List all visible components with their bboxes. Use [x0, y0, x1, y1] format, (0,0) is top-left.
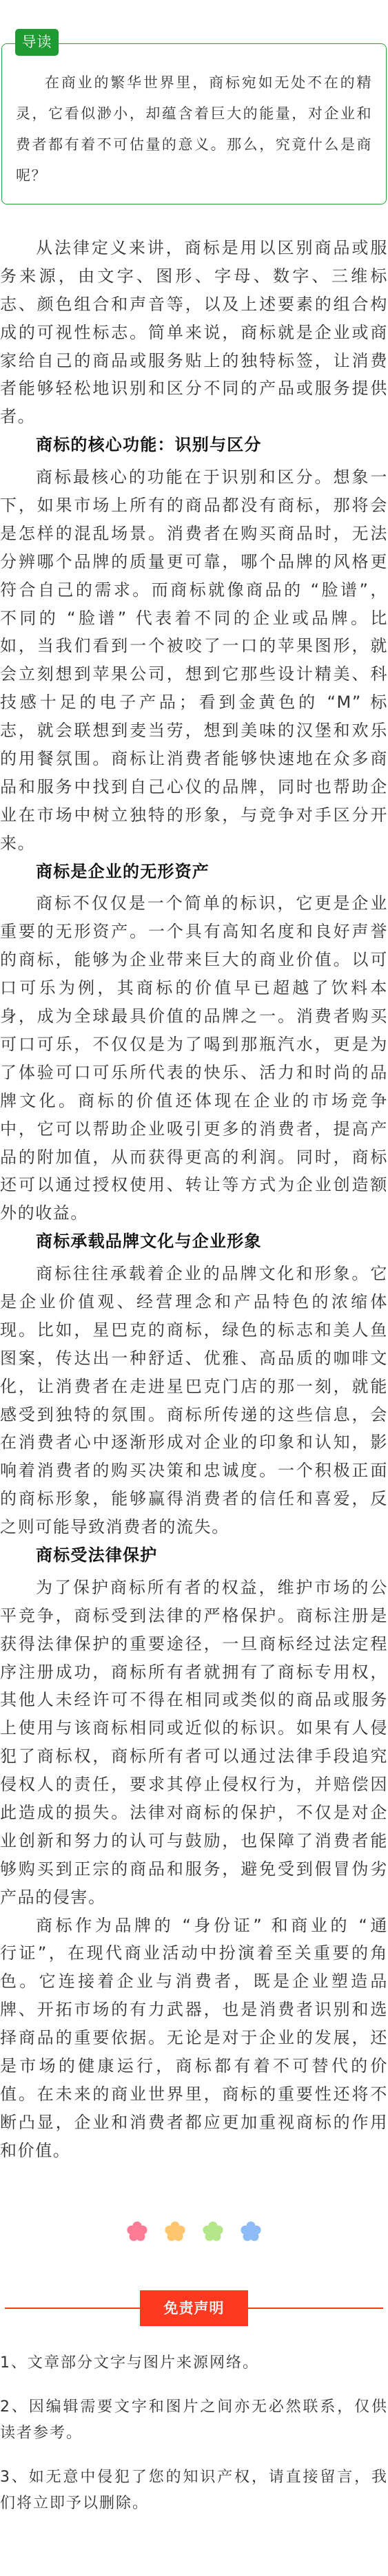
text-line: 身，成为全球最具价值的品牌之一。消费者购买: [0, 1002, 388, 1031]
text-line: 和价值。: [0, 2137, 388, 2165]
text-line: 商标不仅仅是一个简单的标识，它更是企业: [0, 889, 388, 918]
text-line: 上使用与该商标相同或近似的标识。如果有人侵: [0, 1714, 388, 1742]
text-line: 可口可乐，不仅仅是为了喝到那瓶汽水，更是为: [0, 1031, 388, 1059]
text-line: 家给自己的商品或服务贴上的独特标签，让消费: [0, 347, 388, 375]
text-line: 的用餐氛围。商标让消费者能够快速地在众多商: [0, 745, 388, 773]
disclaimer-item: 1、文章部分文字与图片来源网络。: [0, 2350, 388, 2376]
text-line: 断凸显，企业和消费者都应更加重视商标的作用: [0, 2109, 388, 2137]
text-line: 色。它连接着企业与消费者，既是企业塑造品: [0, 1967, 388, 1996]
text-line: 序注册成功，商标所有者就拥有了商标专用权，: [0, 1658, 388, 1687]
paragraph-intangible-asset: 商标不仅仅是一个简单的标识，它更是企业 重要的无形资产。一个具有高知名度和良好声…: [0, 889, 388, 1227]
text-line: 3、如无意中侵犯了您的知识产权，请直接留言，我: [0, 2464, 388, 2491]
paragraph-core-function: 商标最核心的功能在于识别和区分。想象一 下，如果市场上所有的商品都没有商标，那将…: [0, 463, 388, 857]
section-heading-legal-protection: 商标受法律保护: [0, 1541, 388, 1570]
text-line: 是企业价值观、经营理念和产品特色的浓缩体: [0, 1288, 388, 1316]
text-line: 是市场的健康运行，商标都有着不可替代的价: [0, 2052, 388, 2080]
intro-line: 呢？: [16, 160, 372, 191]
intro-badge: 导读: [15, 29, 59, 56]
text-line: 者能够轻松地识别和区分不同的产品或服务提供: [0, 374, 388, 403]
text-line: 商标作为品牌的 “身份证” 和商业的 “通: [0, 1912, 388, 1940]
text-line: 响着消费者的购买决策和忠诚度。一个积极正面: [0, 1457, 388, 1485]
paragraph-legal-protection: 为了保护商标所有者的权益，维护市场的公 平竞争，商标受到法律的严格保护。商标注册…: [0, 1574, 388, 1912]
text-line: 了体验可口可乐所代表的快乐、活力和时尚的品: [0, 1059, 388, 1087]
text-line: 此造成的损失。法律对商标的保护，不仅是对企: [0, 1799, 388, 1827]
text-line: 商标往往承载着企业的品牌文化和形象。它: [0, 1260, 388, 1288]
text-line: 值。在未来的商业世界里，商标的重要性还将不: [0, 2080, 388, 2109]
text-line: 的商标，能够为企业带来巨大的商业价值。以可: [0, 946, 388, 974]
text-line: 不同的 “脸谱” 代表着不同的企业或品牌。比: [0, 604, 388, 633]
text-line: 牌、开拓市场的有力武器，也是消费者识别和选: [0, 1996, 388, 2024]
text-line: 犯了商标权，商标所有者可以通过法律手段追究: [0, 1742, 388, 1771]
text-line: 图案，传达出一种舒适、优雅、高品质的咖啡文: [0, 1344, 388, 1373]
text-line: 是怎样的混乱场景。消费者在购买商品时，无法: [0, 520, 388, 548]
disclaimer-item: 3、如无意中侵犯了您的知识产权，请直接留言，我 们将立即予以删除。: [0, 2464, 388, 2517]
text-line: 在消费者心中逐渐形成对企业的印象和认知，影: [0, 1428, 388, 1457]
paragraph-legal-definition: 从法律定义来讲，商标是用以区别商品或服 务来源，由文字、图形、字母、数字、三维标…: [0, 234, 388, 431]
orange-flower-icon: [164, 2221, 186, 2243]
intro-line: 在商业的繁华世界里，商标宛如无处不在的精: [16, 67, 372, 98]
paragraph-brand-culture: 商标往往承载着企业的品牌文化和形象。它 是企业价值观、经营理念和产品特色的浓缩体…: [0, 1260, 388, 1541]
text-line: 志、颜色组合和声音等，以及上述要素的组合构: [0, 291, 388, 319]
text-line: 为了保护商标所有者的权益，维护市场的公: [0, 1574, 388, 1602]
paragraph-conclusion: 商标作为品牌的 “身份证” 和商业的 “通 行证”，在现代商业活动中扮演着至关重…: [0, 1912, 388, 2165]
disclaimer-title: 免责声明: [140, 2290, 248, 2326]
text-line: 品的附加值，从而获得更高的利润。同时，商标: [0, 1143, 388, 1172]
text-line: 口可乐为例，其商标的价值早已超越了饮料本: [0, 974, 388, 1002]
flower-divider: [0, 2221, 388, 2243]
text-line: 外的收益。: [0, 1199, 388, 1227]
green-flower-icon: [202, 2221, 224, 2243]
text-line: 获得法律保护的重要途径，一旦商标经过法定程: [0, 1630, 388, 1658]
text-line: 业在市场中树立独特的形象，与竞争对手区分开: [0, 801, 388, 830]
text-line: 务来源，由文字、图形、字母、数字、三维标: [0, 262, 388, 291]
article-body: 从法律定义来讲，商标是用以区别商品或服 务来源，由文字、图形、字母、数字、三维标…: [0, 234, 388, 2165]
intro-box: 在商业的繁华世界里，商标宛如无处不在的精 灵，它看似渺小，却蕴含着巨大的能量，对…: [1, 43, 387, 204]
section-heading-intangible-asset: 商标是企业的无形资产: [0, 858, 388, 886]
disclaimer-section: 免责声明 1、文章部分文字与图片来源网络。 2、因编辑需要文字和图片之间亦无必然…: [0, 2290, 388, 2576]
text-line: 2、因编辑需要文字和图片之间亦无必然联系，仅供: [0, 2394, 388, 2420]
text-line: 够购买到正宗的商品和服务，避免受到假冒伪劣: [0, 1855, 388, 1883]
text-line: 读者参考。: [0, 2420, 388, 2447]
intro-section: 导读 在商业的繁华世界里，商标宛如无处不在的精 灵，它看似渺小，却蕴含着巨大的能…: [0, 0, 388, 204]
text-line: 产品的侵害。: [0, 1883, 388, 1912]
section-heading-core-function: 商标的核心功能：识别与区分: [0, 431, 388, 459]
text-line: 1、文章部分文字与图片来源网络。: [0, 2350, 388, 2376]
text-line: 符合自己的需求。而商标就像商品的 “脸谱”，: [0, 576, 388, 604]
intro-line: 费者都有着不可估量的意义。那么，究竟什么是商标: [16, 129, 372, 160]
text-line: 来。: [0, 830, 388, 858]
text-line: 择商品的重要依据。无论是对于企业的发展，还: [0, 2024, 388, 2052]
text-line: 现。比如，星巴克的商标，绿色的标志和美人鱼: [0, 1316, 388, 1344]
text-line: 技感十足的电子产品；看到金黄色的 “M” 标: [0, 688, 388, 717]
text-line: 之则可能导致消费者的流失。: [0, 1513, 388, 1541]
text-line: 如，当我们看到一个被咬了一口的苹果图形，就: [0, 632, 388, 660]
text-line: 分辨哪个品牌的质量更可靠，哪个品牌的风格更: [0, 548, 388, 576]
text-line: 行证”，在现代商业活动中扮演着至关重要的角: [0, 1939, 388, 1967]
disclaimer-list: 1、文章部分文字与图片来源网络。 2、因编辑需要文字和图片之间亦无必然联系，仅供…: [0, 2350, 388, 2576]
disclaimer-header: 免责声明: [0, 2290, 388, 2326]
intro-line: 灵，它看似渺小，却蕴含着巨大的能量，对企业和消: [16, 98, 372, 129]
pink-flower-icon: [126, 2221, 148, 2243]
text-line: 们将立即予以删除。: [0, 2491, 388, 2517]
text-line: 其他人未经许可不得在相同或类似的商品或服务: [0, 1686, 388, 1714]
text-line: 者。: [0, 403, 388, 431]
text-line: 品和服务中找到自己心仪的品牌，同时也帮助企: [0, 773, 388, 801]
text-line: 感受到独特的氛围。商标所传递的这些信息，会: [0, 1401, 388, 1429]
text-line: 商标最核心的功能在于识别和区分。想象一: [0, 463, 388, 492]
text-line: 牌文化。商标的价值还体现在企业的市场竞争: [0, 1087, 388, 1115]
blue-flower-icon: [240, 2221, 262, 2243]
text-line: 志，就会联想到麦当劳，想到美味的汉堡和欢乐: [0, 717, 388, 745]
text-line: 会立刻想到苹果公司，想到它那些设计精美、科: [0, 660, 388, 688]
text-line: 侵权人的责任，要求其停止侵权行为，并赔偿因: [0, 1771, 388, 1799]
disclaimer-item: 2、因编辑需要文字和图片之间亦无必然联系，仅供 读者参考。: [0, 2394, 388, 2447]
text-line: 从法律定义来讲，商标是用以区别商品或服: [0, 234, 388, 262]
text-line: 业创新和努力的认可与鼓励，也保障了消费者能: [0, 1827, 388, 1855]
text-line: 中，它可以帮助企业吸引更多的消费者，提高产: [0, 1115, 388, 1143]
text-line: 化，让消费者在走进星巴克门店的那一刻，就能: [0, 1373, 388, 1401]
text-line: 重要的无形资产。一个具有高知名度和良好声誉: [0, 918, 388, 946]
text-line: 成的可视性标志。简单来说，商标就是企业或商: [0, 319, 388, 347]
text-line: 下，如果市场上所有的商品都没有商标，那将会: [0, 492, 388, 520]
text-line: 平竞争，商标受到法律的严格保护。商标注册是: [0, 1602, 388, 1630]
text-line: 的商标形象，能够赢得消费者的信任和喜爱，反: [0, 1485, 388, 1513]
section-heading-brand-culture: 商标承载品牌文化与企业形象: [0, 1227, 388, 1256]
text-line: 还可以通过授权使用、转让等方式为企业创造额: [0, 1171, 388, 1199]
